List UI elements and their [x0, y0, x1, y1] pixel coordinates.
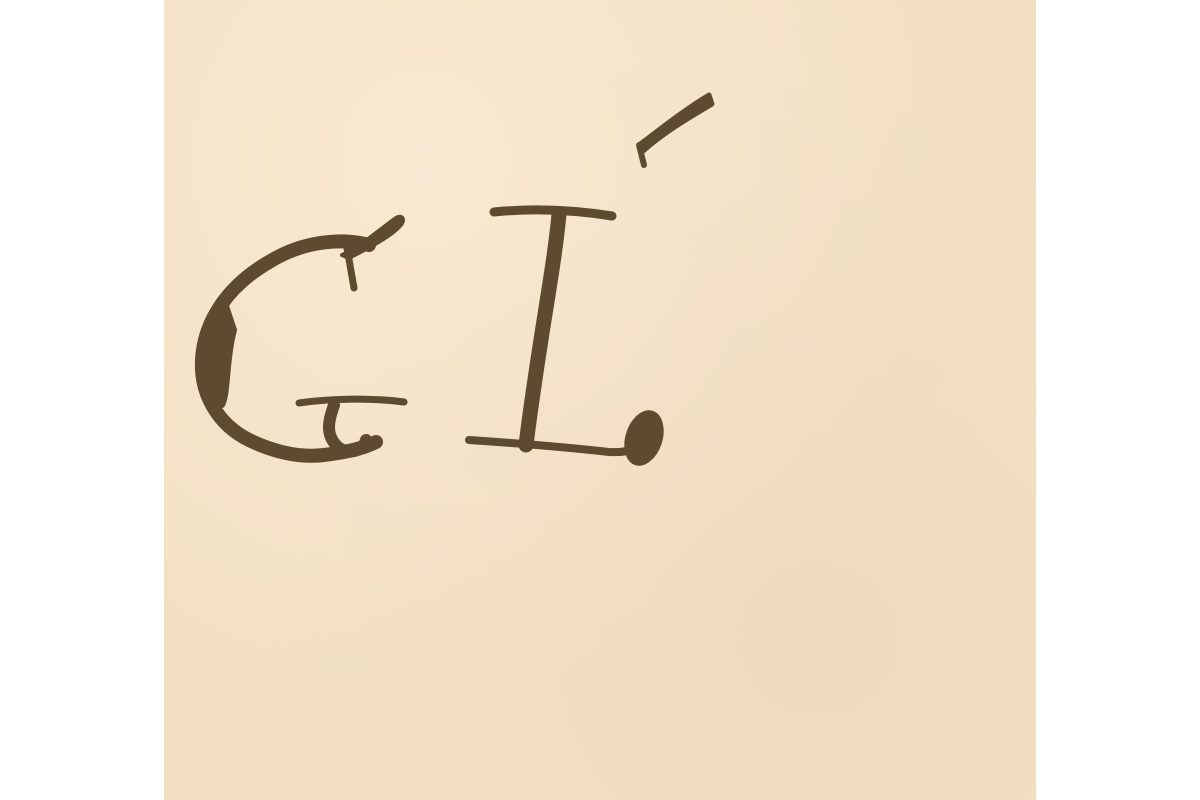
- handwriting-strokes: [164, 0, 1036, 800]
- letter-g: [202, 217, 404, 456]
- letter-l: [469, 210, 670, 470]
- page: G L: [0, 0, 1200, 800]
- partial-stroke-mark: [639, 95, 712, 165]
- parchment-scan: G L: [164, 0, 1036, 800]
